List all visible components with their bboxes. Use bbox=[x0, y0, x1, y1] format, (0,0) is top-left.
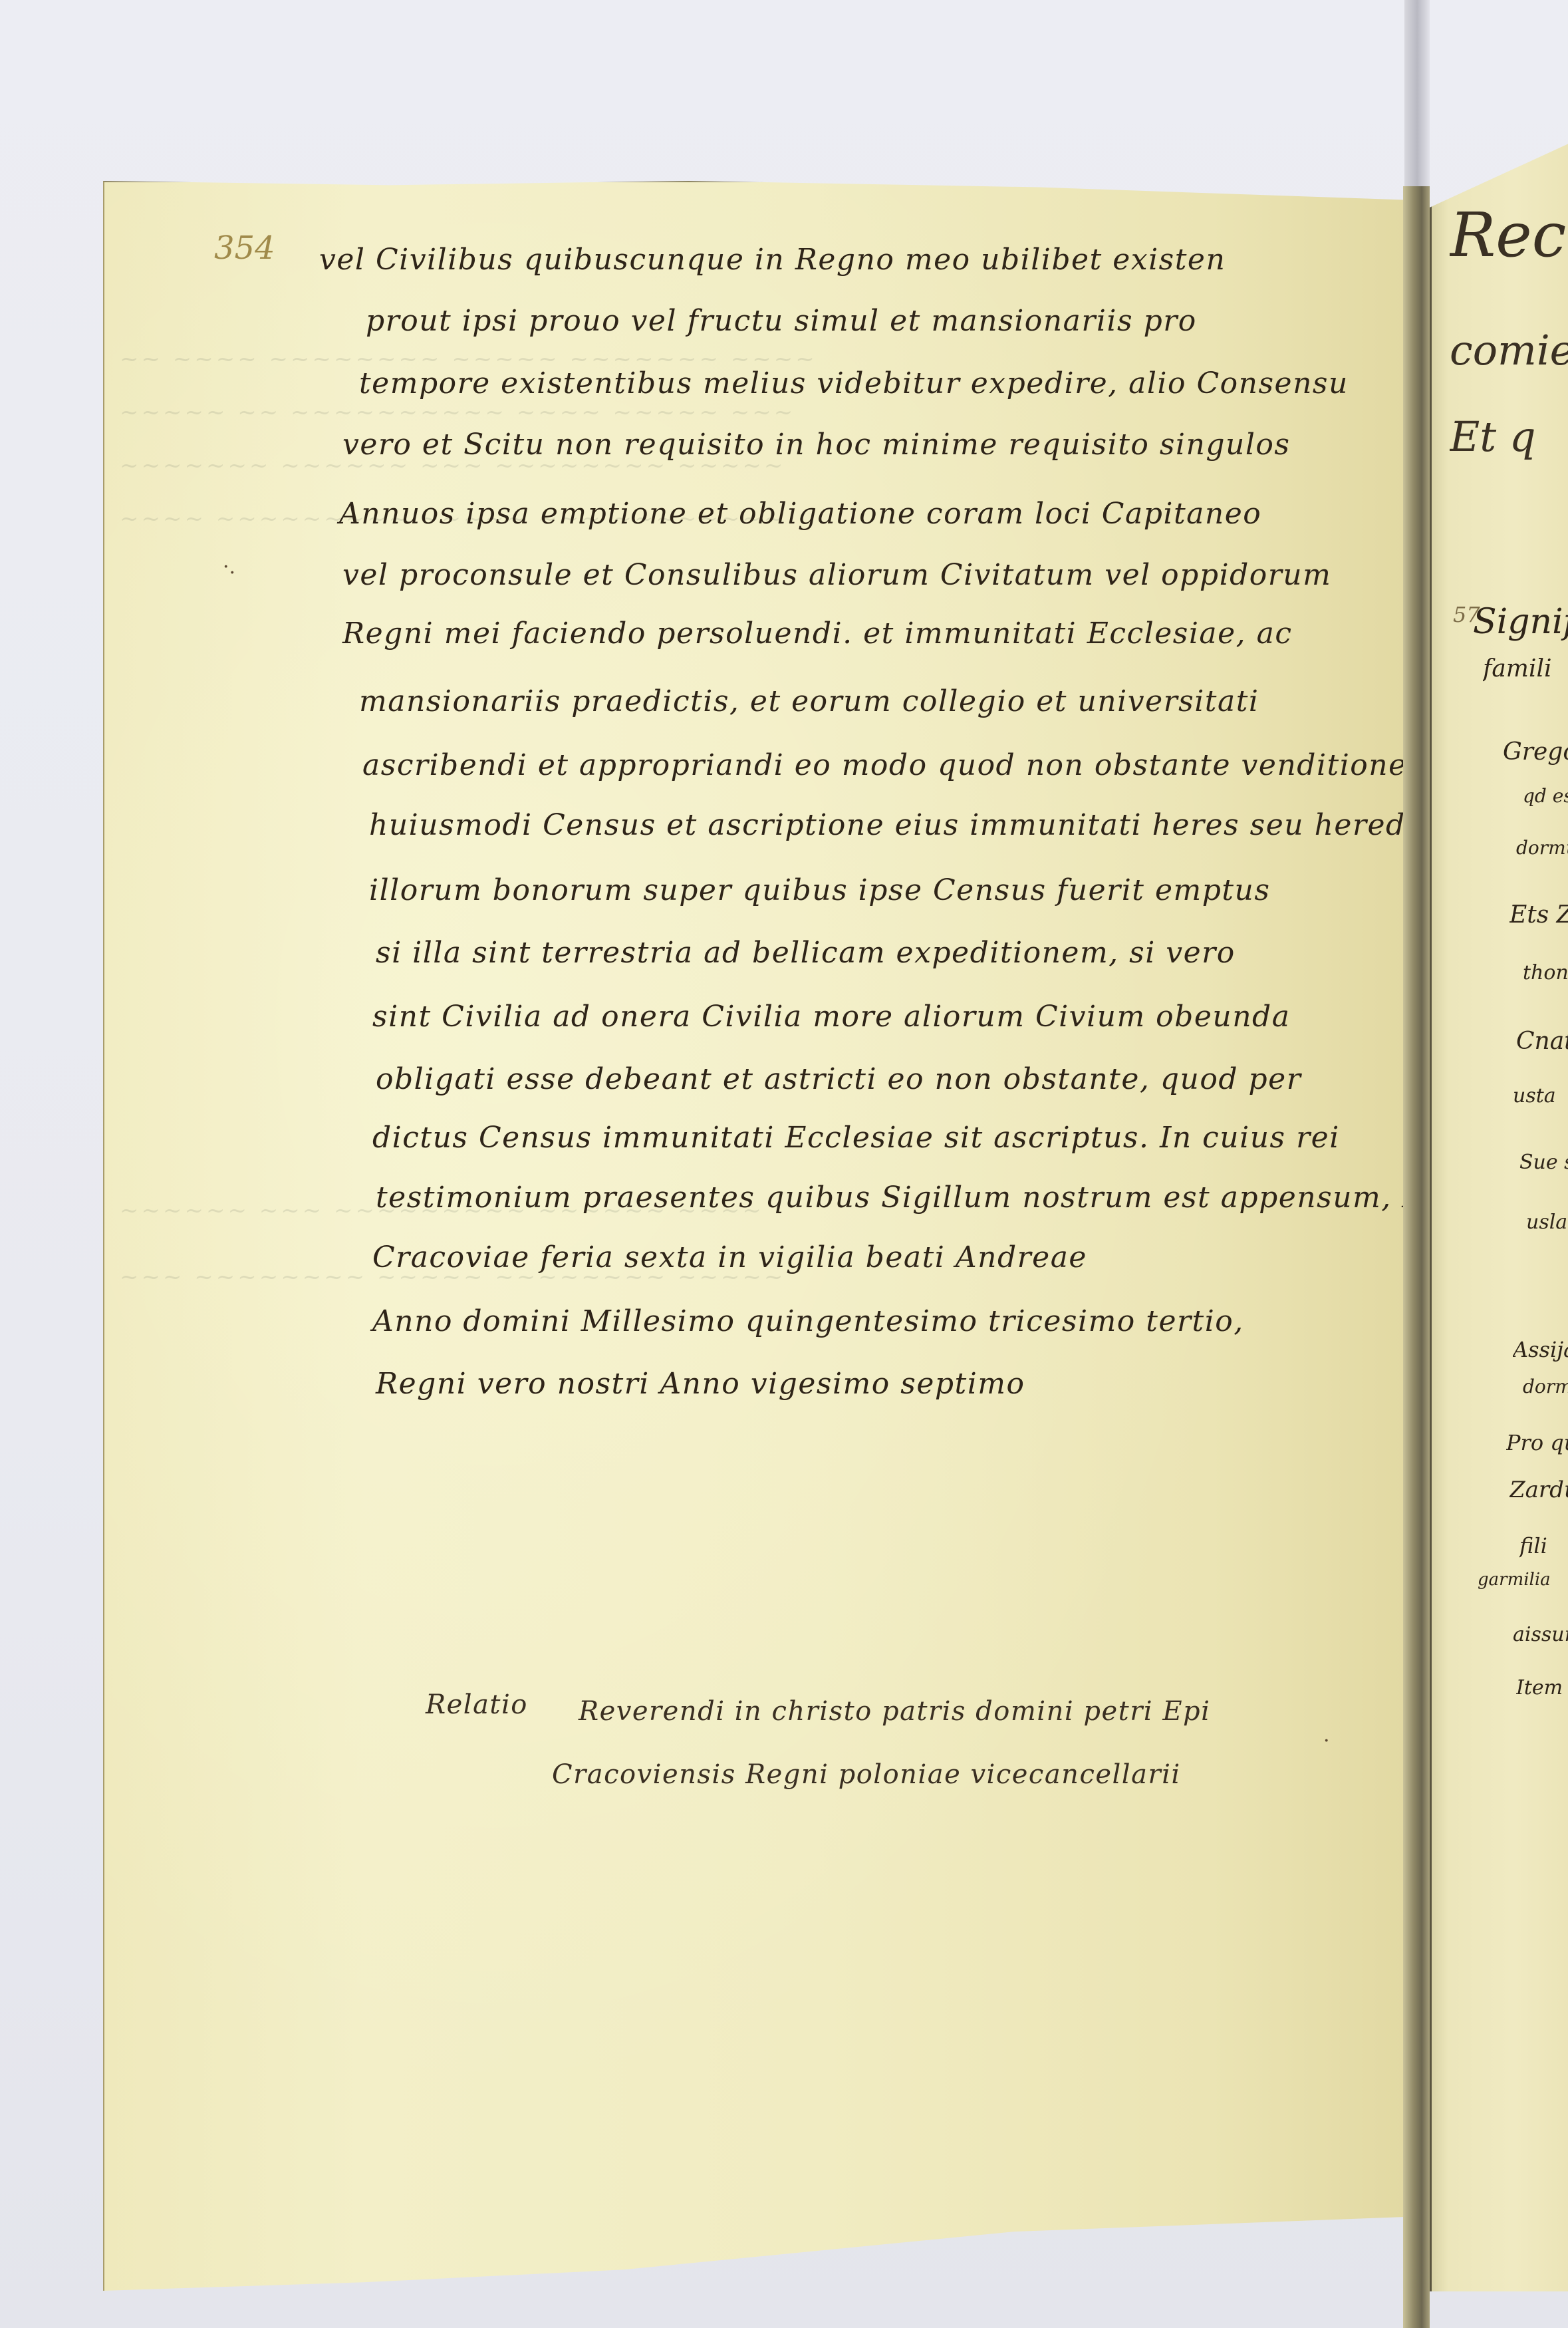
text-line: Annuos ipsa emptione et obligatione cora… bbox=[339, 497, 1261, 531]
text-line: Cracoviae feria sexta in vigilia beati A… bbox=[372, 1240, 1087, 1274]
text-line: vel Civilibus quibuscunque in Regno meo … bbox=[319, 243, 1226, 277]
ink-dots: ·. bbox=[223, 555, 235, 579]
gutter-shadow-top bbox=[1404, 0, 1430, 186]
signature-line-1: Reverendi in christo patris domini petri… bbox=[579, 1696, 1210, 1727]
text-line: tempore existentibus melius videbitur ex… bbox=[359, 366, 1349, 400]
text-line: Regni mei faciendo persoluendi. et immun… bbox=[342, 617, 1293, 651]
right-page-line: Signif bbox=[1473, 602, 1568, 642]
right-page-line: dormu bbox=[1523, 1376, 1568, 1397]
folio-number: 354 bbox=[214, 229, 275, 267]
text-line: obligati esse debeant et astricti eo non… bbox=[376, 1062, 1301, 1096]
right-page-line: usla bbox=[1526, 1211, 1568, 1234]
right-page-line: comien bbox=[1450, 326, 1568, 374]
right-page-line: dormu bbox=[1516, 837, 1568, 859]
text-line: Anno domini Millesimo quingentesimo tric… bbox=[372, 1304, 1244, 1338]
right-page-line: aissum bbox=[1513, 1623, 1568, 1646]
text-line: testimonium praesentes quibus Sigillum n… bbox=[376, 1181, 1506, 1215]
right-page-heading: Recc bbox=[1450, 200, 1568, 271]
right-page-line: Assija bbox=[1513, 1337, 1568, 1362]
right-page-line: qd esse bbox=[1523, 785, 1568, 807]
text-line: vel proconsule et Consulibus aliorum Civ… bbox=[342, 558, 1331, 592]
right-page-line: garmilia bbox=[1478, 1570, 1568, 1590]
right-page-line: usta bbox=[1513, 1084, 1568, 1107]
right-page-line: famili bbox=[1483, 655, 1568, 682]
text-line: dictus Census immunitati Ecclesiae sit a… bbox=[372, 1121, 1340, 1155]
right-page-line: Cnatta bbox=[1516, 1028, 1568, 1055]
text-line: vero et Scitu non requisito in hoc minim… bbox=[342, 428, 1291, 462]
book-gutter bbox=[1403, 186, 1430, 2328]
ink-dots: · bbox=[1323, 1729, 1330, 1753]
text-line: mansionariis praedictis, et eorum colleg… bbox=[359, 684, 1259, 718]
text-line: huiusmodi Census et ascriptione eius imm… bbox=[369, 808, 1440, 842]
right-page-line: Ets Z bbox=[1509, 901, 1568, 929]
bleed-through-text: ~~~~~ ~~ ~~~~~~~~~~ ~~~~ ~~~~~ ~~~ bbox=[120, 399, 795, 426]
right-page-line: Zardu bbox=[1509, 1477, 1568, 1503]
right-page-line: Grego bbox=[1503, 738, 1568, 766]
right-page-line: fili bbox=[1519, 1533, 1568, 1558]
right-page-line: Pro qu bbox=[1506, 1430, 1568, 1455]
text-line: ascribendi et appropriandi eo modo quod … bbox=[362, 748, 1407, 782]
right-page-line: Item bbox=[1516, 1676, 1568, 1699]
right-page-line: thone bbox=[1523, 961, 1568, 984]
signature-line-2: Cracoviensis Regni poloniae vicecancella… bbox=[552, 1759, 1181, 1790]
right-page-line: Sue s bbox=[1519, 1151, 1568, 1174]
text-line: si illa sint terrestria ad bellicam expe… bbox=[376, 936, 1236, 970]
signature-prefix: Relatio bbox=[426, 1689, 528, 1720]
text-line: prout ipsi prouo vel fructu simul et man… bbox=[366, 304, 1197, 338]
right-page-line: Et q bbox=[1450, 412, 1568, 461]
text-line: sint Civilia ad onera Civilia more alior… bbox=[372, 1000, 1290, 1034]
text-line: Regni vero nostri Anno vigesimo septimo bbox=[376, 1367, 1025, 1401]
text-line: illorum bonorum super quibus ipse Census… bbox=[369, 873, 1270, 907]
